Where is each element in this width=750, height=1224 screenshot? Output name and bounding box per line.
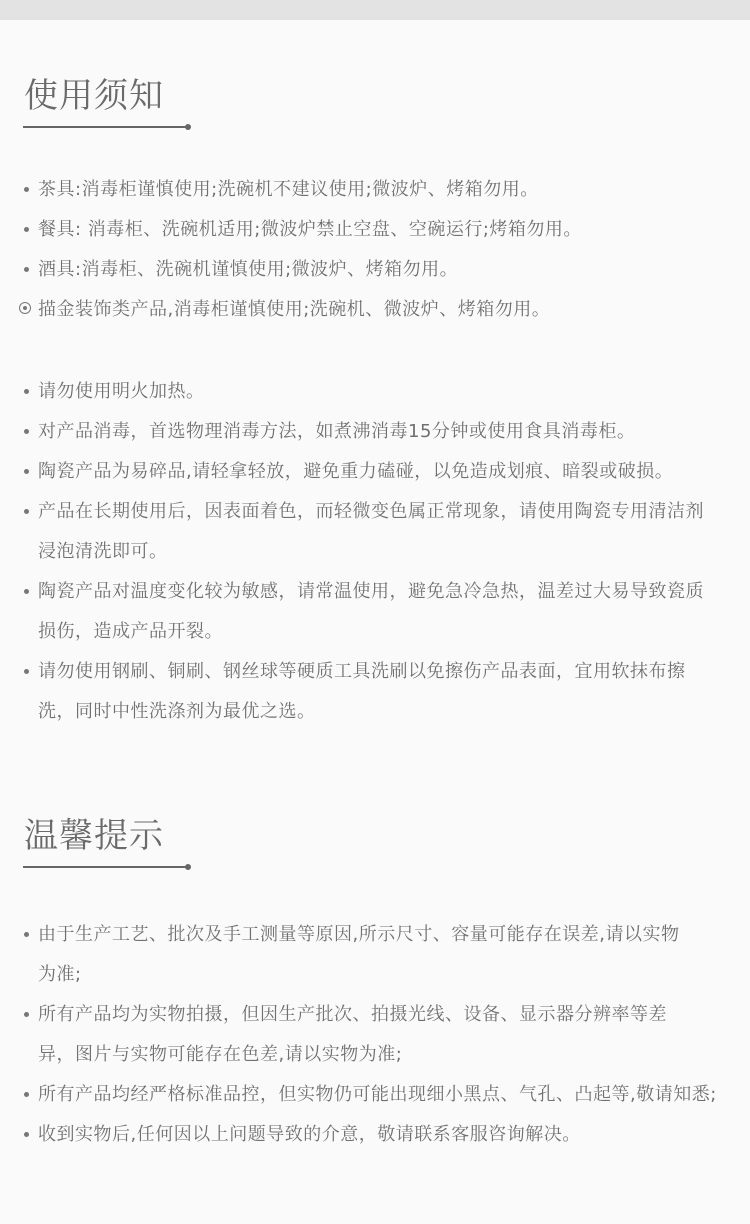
list-item: 所有产品均经严格标准品控，但实物仍可能出现细小黑点、气孔、凸起等,敬请知悉;	[0, 1075, 750, 1115]
item-text: 餐具: 消毒柜、洗碗机适用;微波炉禁止空盘、空碗运行;烤箱勿用。	[38, 219, 582, 240]
bullet-dot-icon	[24, 932, 29, 937]
item-text: 请勿使用钢刷、铜刷、钢丝球等硬质工具洗刷以免擦伤产品表面，宜用软抹布擦洗，同时中…	[38, 661, 686, 722]
list-item: 陶瓷产品为易碎品,请轻拿轻放，避免重力磕碰，以免造成划痕、暗裂或破损。	[0, 452, 750, 492]
top-bar	[0, 0, 750, 20]
tips-list: 由于生产工艺、批次及手工测量等原因,所示尺寸、容量可能存在误差,请以实物为准; …	[0, 915, 750, 1155]
item-text: 所有产品均为实物拍摄，但因生产批次、拍摄光线、设备、显示器分辨率等差异，图片与实…	[38, 1004, 667, 1065]
bullet-dot-icon	[24, 1132, 29, 1137]
item-text: 产品在长期使用后，因表面着色，而轻微变色属正常现象，请使用陶瓷专用清洁剂浸泡清洗…	[38, 501, 704, 562]
usage-notes-title: 使用须知	[24, 79, 164, 113]
bullet-dot-icon	[24, 227, 29, 232]
item-text: 陶瓷产品对温度变化较为敏感，请常温使用，避免急冷急热，温差过大易导致瓷质损伤，造…	[38, 581, 704, 642]
item-text: 对产品消毒，首选物理消毒方法，如煮沸消毒15分钟或使用食具消毒柜。	[38, 421, 635, 442]
list-item: 对产品消毒，首选物理消毒方法，如煮沸消毒15分钟或使用食具消毒柜。	[0, 412, 750, 452]
underline-dot-icon	[185, 124, 191, 130]
list-item: 餐具: 消毒柜、洗碗机适用;微波炉禁止空盘、空碗运行;烤箱勿用。	[0, 210, 750, 250]
bullet-dot-icon	[24, 669, 29, 674]
list-item: 描金装饰类产品,消毒柜谨慎使用;洗碗机、微波炉、烤箱勿用。	[0, 290, 750, 330]
list-item: 由于生产工艺、批次及手工测量等原因,所示尺寸、容量可能存在误差,请以实物为准;	[0, 915, 718, 995]
title-underline	[23, 126, 187, 128]
list-item: 请勿使用钢刷、铜刷、钢丝球等硬质工具洗刷以免擦伤产品表面，宜用软抹布擦洗，同时中…	[0, 652, 750, 732]
bullet-dot-icon	[24, 1092, 29, 1097]
list-item: 请勿使用明火加热。	[0, 372, 750, 412]
list-item: 产品在长期使用后，因表面着色，而轻微变色属正常现象，请使用陶瓷专用清洁剂浸泡清洗…	[0, 492, 750, 572]
item-text: 所有产品均经严格标准品控，但实物仍可能出现细小黑点、气孔、凸起等,敬请知悉;	[38, 1084, 717, 1105]
list-item: 所有产品均为实物拍摄，但因生产批次、拍摄光线、设备、显示器分辨率等差异，图片与实…	[0, 995, 718, 1075]
list-item: 酒具:消毒柜、洗碗机谨慎使用;微波炉、烤箱勿用。	[0, 250, 750, 290]
item-text: 由于生产工艺、批次及手工测量等原因,所示尺寸、容量可能存在误差,请以实物为准;	[38, 924, 679, 985]
item-text: 陶瓷产品为易碎品,请轻拿轻放，避免重力磕碰，以免造成划痕、暗裂或破损。	[38, 461, 673, 482]
underline-dot-icon	[185, 864, 191, 870]
list-item: 收到实物后,任何因以上问题导致的介意，敬请联系客服咨询解决。	[0, 1115, 750, 1155]
bullet-dot-icon	[24, 589, 29, 594]
bullet-dot-icon	[24, 509, 29, 514]
item-text: 描金装饰类产品,消毒柜谨慎使用;洗碗机、微波炉、烤箱勿用。	[38, 299, 550, 320]
item-text: 茶具:消毒柜谨慎使用;洗碗机不建议使用;微波炉、烤箱勿用。	[38, 179, 539, 200]
title-underline	[23, 866, 187, 868]
tips-title: 温馨提示	[24, 819, 164, 853]
bullet-circle-dot-icon	[19, 302, 31, 314]
bullet-dot-icon	[24, 469, 29, 474]
item-text: 收到实物后,任何因以上问题导致的介意，敬请联系客服咨询解决。	[38, 1124, 581, 1145]
bullet-dot-icon	[24, 1012, 29, 1017]
bullet-dot-icon	[24, 429, 29, 434]
usage-notes-list-1: 茶具:消毒柜谨慎使用;洗碗机不建议使用;微波炉、烤箱勿用。 餐具: 消毒柜、洗碗…	[0, 170, 750, 330]
list-item: 茶具:消毒柜谨慎使用;洗碗机不建议使用;微波炉、烤箱勿用。	[0, 170, 750, 210]
item-text: 请勿使用明火加热。	[38, 381, 205, 402]
list-item: 陶瓷产品对温度变化较为敏感，请常温使用，避免急冷急热，温差过大易导致瓷质损伤，造…	[0, 572, 750, 652]
bullet-dot-icon	[24, 267, 29, 272]
bullet-dot-icon	[24, 187, 29, 192]
bullet-dot-icon	[24, 389, 29, 394]
item-text: 酒具:消毒柜、洗碗机谨慎使用;微波炉、烤箱勿用。	[38, 259, 458, 280]
usage-notes-list-2: 请勿使用明火加热。 对产品消毒，首选物理消毒方法，如煮沸消毒15分钟或使用食具消…	[0, 372, 750, 732]
